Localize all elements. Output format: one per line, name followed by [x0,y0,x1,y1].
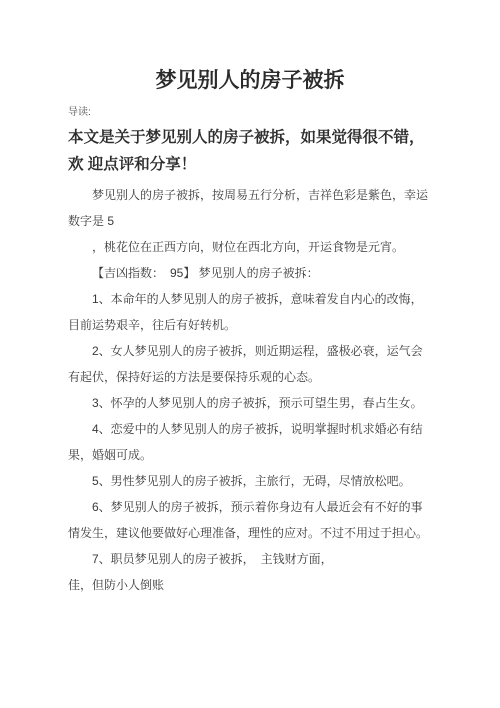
paragraph: ，桃花位在正西方向，财位在西北方向，开运食物是元宵。 [68,234,432,260]
paragraph: 梦见别人的房子被拆，按周易五行分析，吉祥色彩是紫色，幸运数字是 5 [68,182,432,234]
lead-paragraph: 本文是关于梦见别人的房子被拆，如果觉得很不错，欢 迎点评和分享！ [68,124,432,178]
article-body: 梦见别人的房子被拆，按周易五行分析，吉祥色彩是紫色，幸运数字是 5 ，桃花位在正… [68,182,432,598]
paragraph: 4、恋爱中的人梦见别人的房子被拆，说明掌握时机求婚必有结果，婚姻可成。 [68,416,432,468]
paragraph: 5、男性梦见别人的房子被拆，主旅行，无碍，尽情放松吧。 [68,468,432,494]
paragraph-continuation: 佳，但防小人倒账 [68,572,432,598]
paragraph: 7、职员梦见别人的房子被拆， 主钱财方面， [68,546,432,572]
paragraph: 2、女人梦见别人的房子被拆，则近期运程，盛极必衰，运气会有起伏，保持好运的方法是… [68,338,432,390]
paragraph: 【吉凶指数： 95】 梦见别人的房子被拆： [68,260,432,286]
paragraph: 1、本命年的人梦见别人的房子被拆，意味着发自内心的改悔，目前运势艰辛，往后有好转… [68,286,432,338]
paragraph: 6、梦见别人的房子被拆，预示着你身边有人最近会有不好的事情发生，建议他要做好心理… [68,494,432,546]
lead-label: 导读: [68,106,432,120]
page-title: 梦见别人的房子被拆 [68,66,432,96]
document-page: 梦见别人的房子被拆 导读: 本文是关于梦见别人的房子被拆，如果觉得很不错，欢 迎… [0,0,500,708]
paragraph: 3、怀孕的人梦见别人的房子被拆，预示可望生男，春占生女。 [68,390,432,416]
